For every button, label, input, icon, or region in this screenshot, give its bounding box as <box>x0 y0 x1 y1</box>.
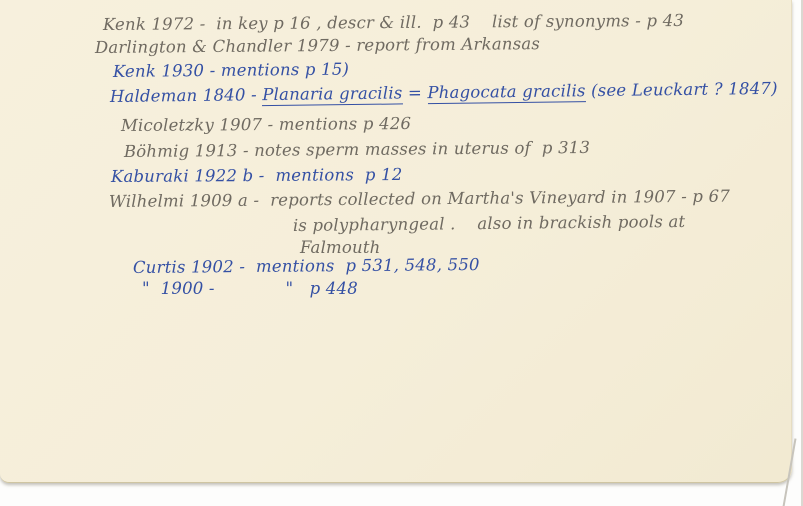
note-line: " 1900 - " p 448 <box>142 279 358 299</box>
note-text: Curtis 1902 - mentions p 531, 548, 550 <box>133 255 480 277</box>
index-card: Kenk 1972 - in key p 16 , descr & ill. p… <box>0 0 792 483</box>
note-text: is polypharyngeal . also in brackish poo… <box>293 212 686 235</box>
note-line: Böhmig 1913 - notes sperm masses in uter… <box>124 138 590 162</box>
note-text: Kaburaki 1922 b - mentions p 12 <box>111 165 403 186</box>
note-text: Wilhelmi 1909 a - reports collected on M… <box>109 187 730 211</box>
scanned-card-photo: Kenk 1972 - in key p 16 , descr & ill. p… <box>0 0 803 506</box>
note-text: Haldeman 1840 - <box>110 85 263 106</box>
note-text: Kenk 1972 - in key p 16 , descr & ill. p… <box>103 11 684 34</box>
note-line: Kenk 1930 - mentions p 15) <box>113 60 349 82</box>
note-text: Micoletzky 1907 - mentions p 426 <box>121 114 411 135</box>
note-text: Kenk 1930 - mentions p 15) <box>113 60 349 81</box>
note-line: Haldeman 1840 - Planaria gracilis = Phag… <box>110 79 778 107</box>
note-text: " 1900 - " p 448 <box>142 279 358 298</box>
species-name-underlined: Planaria gracilis <box>262 83 402 106</box>
note-text: Falmouth <box>300 238 381 257</box>
note-line: Kenk 1972 - in key p 16 , descr & ill. p… <box>103 11 684 35</box>
note-text: Böhmig 1913 - notes sperm masses in uter… <box>124 138 590 161</box>
note-line: Wilhelmi 1909 a - reports collected on M… <box>109 187 730 212</box>
note-text: = <box>402 83 427 102</box>
note-line: is polypharyngeal . also in brackish poo… <box>293 212 686 236</box>
species-name-underlined: Phagocata gracilis <box>427 81 586 104</box>
note-line: Kaburaki 1922 b - mentions p 12 <box>111 165 403 187</box>
note-line: Micoletzky 1907 - mentions p 426 <box>121 114 411 136</box>
note-line: Darlington & Chandler 1979 - report from… <box>95 34 540 58</box>
note-text: Darlington & Chandler 1979 - report from… <box>95 34 540 57</box>
note-text: (see Leuckart ? 1847) <box>586 79 778 100</box>
note-line: Curtis 1902 - mentions p 531, 548, 550 <box>133 255 480 278</box>
